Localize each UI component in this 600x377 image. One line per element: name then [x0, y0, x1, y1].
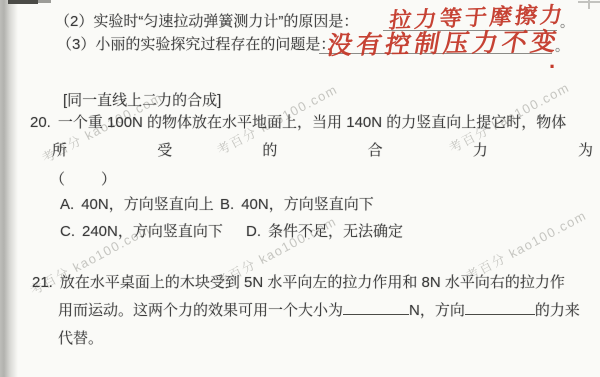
option-a-text: 40N，方向竖直向上: [81, 196, 214, 213]
question-2-label: （2）实验时“匀速拉动弹簧测力计”的原因是：: [55, 10, 358, 31]
question-21-line2-part2: N，方向: [409, 302, 465, 319]
question-3-label: （3）小丽的实验探究过程存在的问题是：: [57, 33, 335, 54]
question-20-stem-line1: 20.一个重 100N 的物体放在水平地面上，当用 140N 的力竖直向上提它时…: [30, 111, 566, 132]
justified-word: 力: [473, 139, 488, 160]
option-b-text: 40N，方向竖直向下: [241, 196, 374, 213]
section-header: [同一直线上二力的合成]: [63, 89, 221, 110]
question-21-blank-2: [465, 301, 535, 315]
option-b: B.40N，方向竖直向下: [220, 193, 374, 214]
question-21-line2-part3: 的力来: [535, 302, 580, 319]
justified-word: 所: [52, 139, 67, 160]
justified-word: 受: [157, 139, 172, 160]
question-21-number: 21.: [32, 274, 53, 291]
option-d-label: D.: [246, 223, 261, 240]
option-b-label: B.: [220, 196, 234, 213]
worksheet-page: 考百分 kao100.com 考百分 kao100.com 考百分 kao100…: [0, 0, 600, 377]
question-21-blank-1: [343, 301, 409, 315]
justified-word: 的: [262, 139, 277, 160]
question-21-stem-line3: 代替。: [58, 327, 103, 348]
question-21-stem-line1: 21.放在水平桌面上的木块受到 5N 水平向左的拉力作用和 8N 水平向右的拉力…: [32, 271, 565, 292]
question-21-line2-part1: 用而运动。这两个力的效果可用一个大小为: [58, 302, 343, 319]
question-3-end-period: 。: [555, 36, 569, 56]
justified-word: 合: [368, 139, 383, 160]
option-d: D.条件不足，无法确定: [246, 220, 403, 241]
video-frame-corner-mark-vertical: [588, 0, 590, 9]
video-frame-top-bar: [8, 0, 38, 4]
question-20-number: 20.: [30, 114, 51, 131]
video-frame-top-bar-fragment: [38, 0, 51, 3]
question-21-stem-line2: 用而运动。这两个力的效果可用一个大小为N，方向的力来: [58, 299, 580, 320]
justified-word: 为: [578, 139, 593, 160]
question-20-stem-justified-line: 所 受 的 合 力 为: [52, 139, 593, 160]
question-3-handwritten-answer: 没有控制压力不变: [324, 22, 563, 62]
option-c-text: 240N，方向竖直向下: [82, 223, 223, 240]
option-a-label: A.: [60, 196, 74, 213]
video-frame-left-edge: [0, 0, 18, 377]
option-c: C.240N，方向竖直向下: [60, 220, 223, 241]
question-21-stem-text: 放在水平桌面上的木块受到 5N 水平向左的拉力作用和 8N 水平向右的拉力作: [60, 274, 565, 291]
question-20-answer-bracket: （ ）: [50, 168, 118, 189]
option-d-text: 条件不足，无法确定: [268, 223, 403, 240]
question-20-stem-text: 一个重 100N 的物体放在水平地面上，当用 140N 的力竖直向上提它时，物体: [58, 114, 566, 131]
option-c-label: C.: [60, 223, 75, 240]
option-a: A.40N，方向竖直向上: [60, 193, 214, 214]
question-3-red-ink-dot: .: [549, 48, 555, 74]
